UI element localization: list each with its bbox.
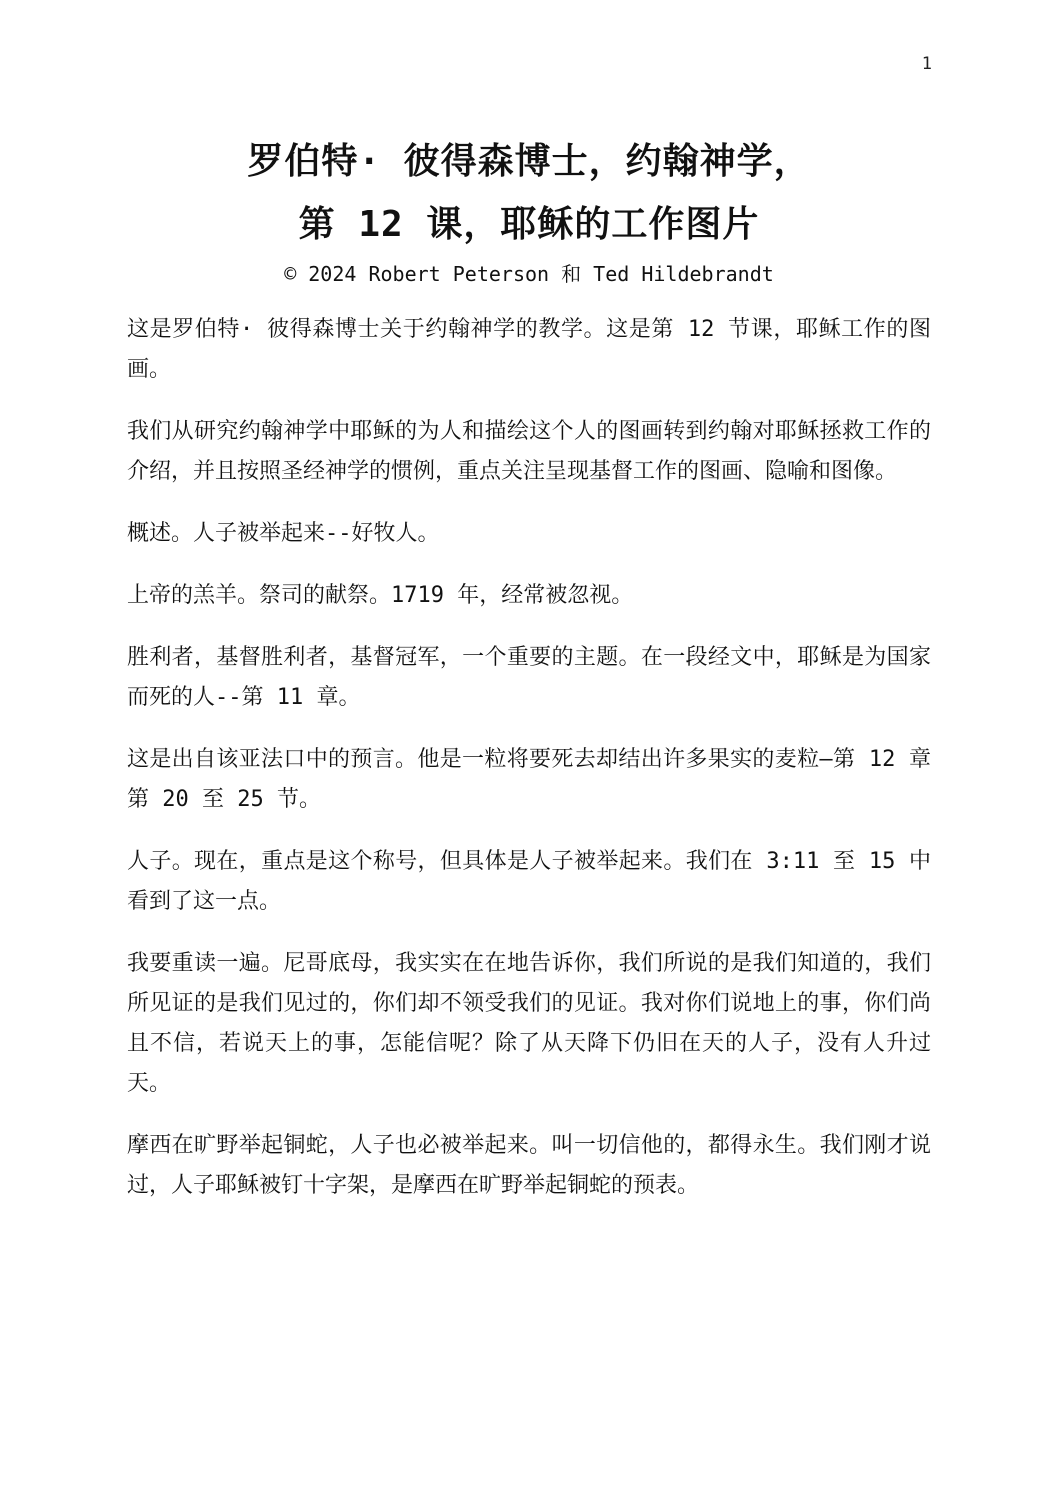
paragraph-2: 我们从研究约翰神学中耶稣的为人和描绘这个人的图画转到约翰对耶稣拯救工作的介绍，并… (127, 412, 931, 492)
document-title-line-2: 第 12 课，耶稣的工作图片 (0, 193, 1058, 256)
paragraph-8: 我要重读一遍。尼哥底母，我实实在在地告诉你，我们所说的是我们知道的，我们所见证的… (127, 944, 931, 1104)
page-number: 1 (922, 54, 932, 74)
document-page: 1 罗伯特· 彼得森博士，约翰神学， 第 12 课，耶稣的工作图片 © 2024… (0, 0, 1058, 1497)
document-title-line-1: 罗伯特· 彼得森博士，约翰神学， (0, 130, 1058, 193)
copyright-line: © 2024 Robert Peterson 和 Ted Hildebrandt (0, 259, 1058, 289)
paragraph-3: 概述。人子被举起来--好牧人。 (127, 514, 931, 554)
document-body: 这是罗伯特· 彼得森博士关于约翰神学的教学。这是第 12 节课，耶稣工作的图画。… (127, 310, 931, 1228)
title-block: 罗伯特· 彼得森博士，约翰神学， 第 12 课，耶稣的工作图片 © 2024 R… (0, 130, 1058, 289)
paragraph-1: 这是罗伯特· 彼得森博士关于约翰神学的教学。这是第 12 节课，耶稣工作的图画。 (127, 310, 931, 390)
paragraph-9: 摩西在旷野举起铜蛇，人子也必被举起来。叫一切信他的，都得永生。我们刚才说过，人子… (127, 1126, 931, 1206)
paragraph-5: 胜利者，基督胜利者，基督冠军，一个重要的主题。在一段经文中，耶稣是为国家而死的人… (127, 638, 931, 718)
paragraph-4: 上帝的羔羊。祭司的献祭。1719 年，经常被忽视。 (127, 576, 931, 616)
paragraph-6: 这是出自该亚法口中的预言。他是一粒将要死去却结出许多果实的麦粒—第 12 章第 … (127, 740, 931, 820)
paragraph-7: 人子。现在，重点是这个称号，但具体是人子被举起来。我们在 3:11 至 15 中… (127, 842, 931, 922)
